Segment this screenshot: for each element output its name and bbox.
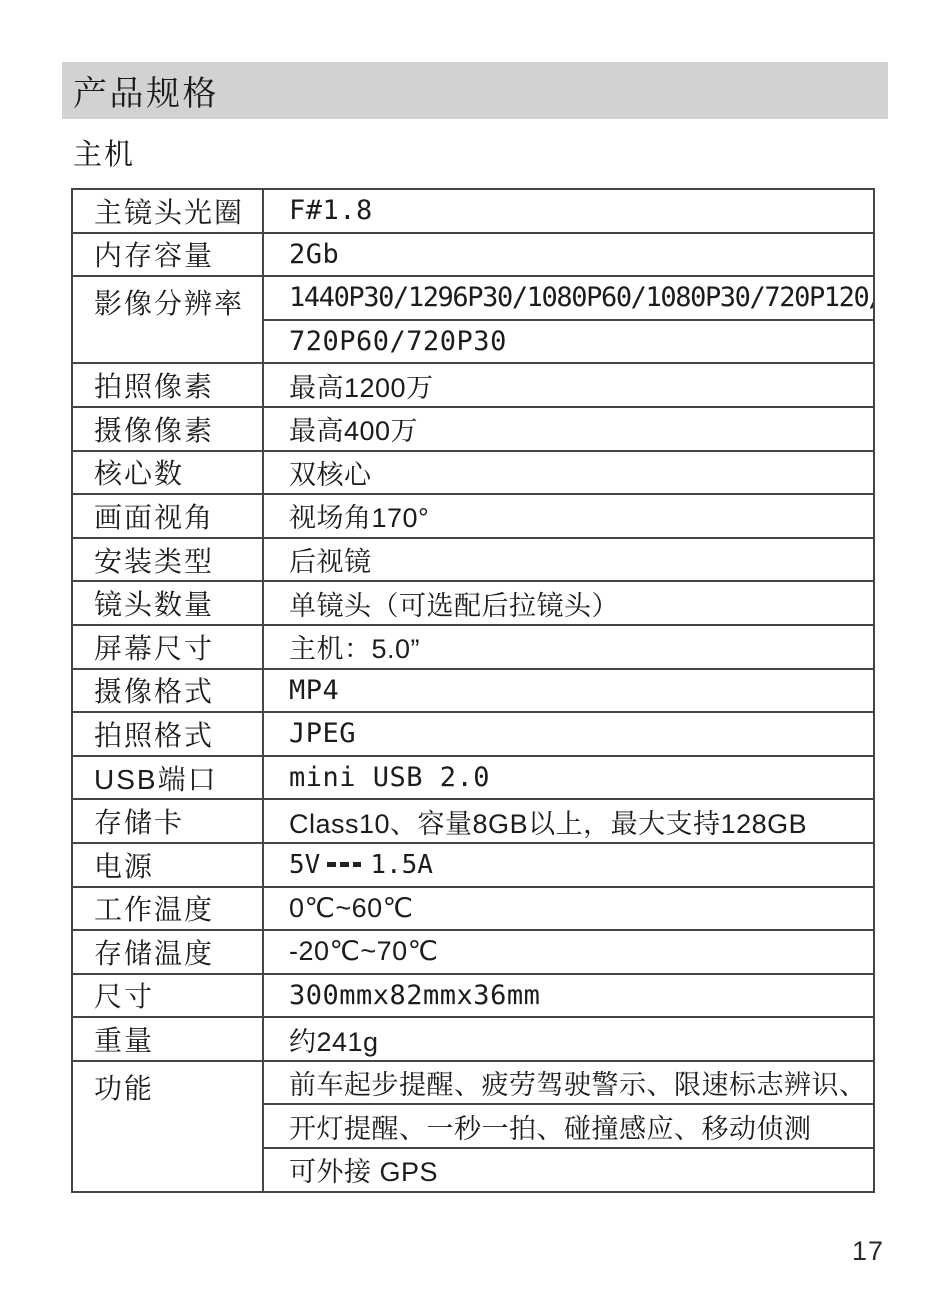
table-row: 画面视角 视场角170° <box>72 494 874 538</box>
spec-value: 可外接 GPS <box>263 1148 874 1192</box>
spec-label: 拍照像素 <box>72 363 263 407</box>
spec-value: 主机：5.0” <box>263 625 874 669</box>
spec-label: 主镜头光圈 <box>72 189 263 233</box>
spec-value: -20℃~70℃ <box>263 930 874 974</box>
spec-label: 影像分辨率 <box>72 276 263 363</box>
spec-value: 后视镜 <box>263 538 874 582</box>
spec-label: 核心数 <box>72 451 263 495</box>
spec-value: 双核心 <box>263 451 874 495</box>
spec-table: 主镜头光圈 F#1.8 内存容量 2Gb 影像分辨率 1440P30/1296P… <box>71 188 875 1193</box>
table-row: 影像分辨率 1440P30/1296P30/1080P60/1080P30/72… <box>72 276 874 320</box>
spec-label: 拍照格式 <box>72 712 263 756</box>
section-header-banner: 产品规格 <box>62 62 888 119</box>
page-number: 17 <box>852 1236 884 1267</box>
dc-power-icon <box>327 862 361 867</box>
table-row: 镜头数量 单镜头（可选配后拉镜头） <box>72 581 874 625</box>
spec-value: F#1.8 <box>263 189 874 233</box>
section-title: 主机 <box>73 132 135 173</box>
spec-label: 存储温度 <box>72 930 263 974</box>
spec-value: Class10、容量8GB以上，最大支持128GB <box>263 799 874 843</box>
table-row: 功能 前车起步提醒、疲劳驾驶警示、限速标志辨识、 <box>72 1061 874 1105</box>
table-row: 电源 5V1.5A <box>72 843 874 887</box>
spec-label: 屏幕尺寸 <box>72 625 263 669</box>
spec-value: 约241g <box>263 1017 874 1061</box>
table-row: USB端口 mini USB 2.0 <box>72 756 874 800</box>
spec-value: 2Gb <box>263 233 874 277</box>
spec-value: 300mmx82mmx36mm <box>263 974 874 1018</box>
table-row: 重量 约241g <box>72 1017 874 1061</box>
table-row: 内存容量 2Gb <box>72 233 874 277</box>
table-row: 拍照像素 最高1200万 <box>72 363 874 407</box>
spec-label: 镜头数量 <box>72 581 263 625</box>
spec-value: 5V1.5A <box>263 843 874 887</box>
manual-page: 产品规格 主机 主镜头光圈 F#1.8 内存容量 2Gb 影像分辨率 1440P… <box>0 0 944 1299</box>
table-row: 存储卡 Class10、容量8GB以上，最大支持128GB <box>72 799 874 843</box>
table-row: 存储温度 -20℃~70℃ <box>72 930 874 974</box>
spec-value: 前车起步提醒、疲劳驾驶警示、限速标志辨识、 <box>263 1061 874 1105</box>
table-row: 尺寸 300mmx82mmx36mm <box>72 974 874 1018</box>
table-row: 拍照格式 JPEG <box>72 712 874 756</box>
spec-label: 重量 <box>72 1017 263 1061</box>
spec-label: 存储卡 <box>72 799 263 843</box>
spec-label: 电源 <box>72 843 263 887</box>
spec-value: mini USB 2.0 <box>263 756 874 800</box>
spec-label: 功能 <box>72 1061 263 1192</box>
table-row: 工作温度 0℃~60℃ <box>72 887 874 931</box>
table-row: 屏幕尺寸 主机：5.0” <box>72 625 874 669</box>
spec-label: 安装类型 <box>72 538 263 582</box>
spec-value: 0℃~60℃ <box>263 887 874 931</box>
spec-value: 720P60/720P30 <box>263 320 874 364</box>
table-row: 安装类型 后视镜 <box>72 538 874 582</box>
power-current: 1.5A <box>370 850 433 880</box>
spec-value: JPEG <box>263 712 874 756</box>
page-title: 产品规格 <box>62 66 219 115</box>
spec-label: 工作温度 <box>72 887 263 931</box>
spec-label: 画面视角 <box>72 494 263 538</box>
table-row: 摄像像素 最高400万 <box>72 407 874 451</box>
spec-label: 内存容量 <box>72 233 263 277</box>
table-row: 摄像格式 MP4 <box>72 669 874 713</box>
table-row: 核心数 双核心 <box>72 451 874 495</box>
spec-value: 最高1200万 <box>263 363 874 407</box>
spec-value: 1440P30/1296P30/1080P60/1080P30/720P120/ <box>263 276 874 320</box>
spec-value: 视场角170° <box>263 494 874 538</box>
spec-value: MP4 <box>263 669 874 713</box>
spec-label: 尺寸 <box>72 974 263 1018</box>
spec-value: 最高400万 <box>263 407 874 451</box>
spec-value: 开灯提醒、一秒一拍、碰撞感应、移动侦测 <box>263 1104 874 1148</box>
spec-value: 单镜头（可选配后拉镜头） <box>263 581 874 625</box>
spec-label: 摄像格式 <box>72 669 263 713</box>
spec-label: 摄像像素 <box>72 407 263 451</box>
spec-label: USB端口 <box>72 756 263 800</box>
power-voltage: 5V <box>289 850 320 880</box>
table-row: 主镜头光圈 F#1.8 <box>72 189 874 233</box>
